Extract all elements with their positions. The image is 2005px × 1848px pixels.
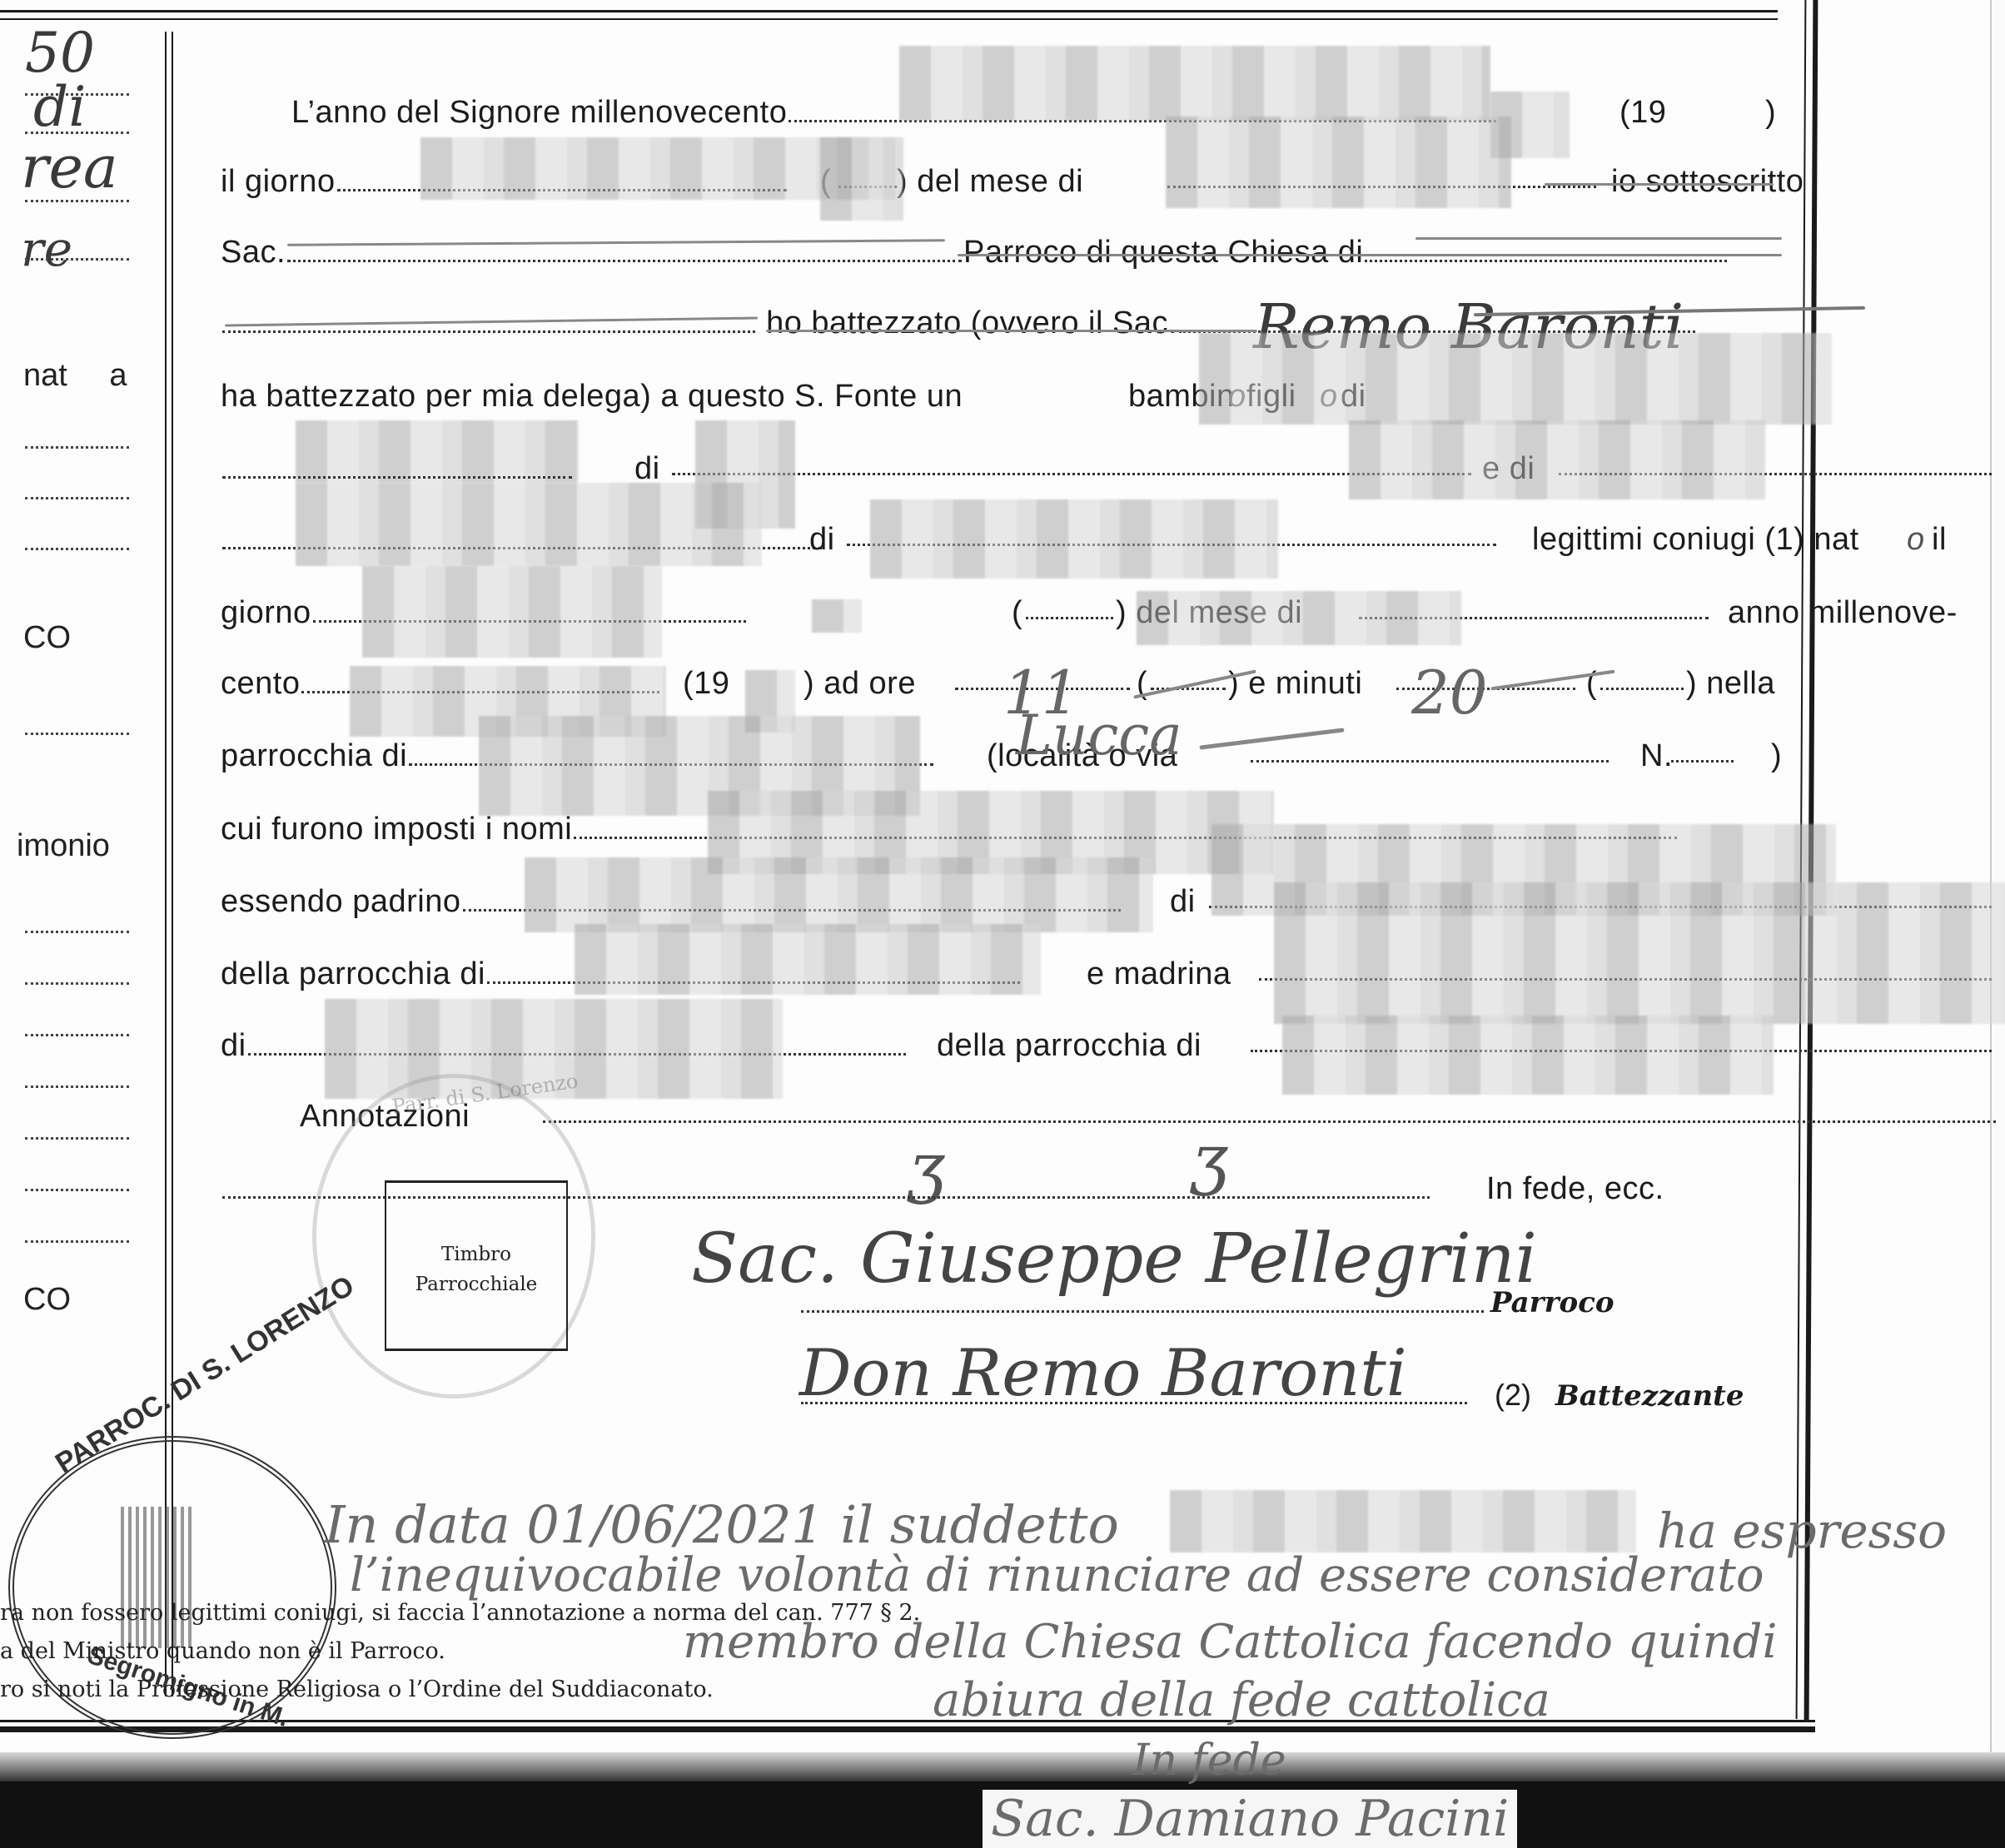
handwritten-minutes: 20: [1411, 658, 1488, 728]
footnote-3: ro si noti la Professione Religiosa o l’…: [0, 1677, 714, 1702]
annotation-line-3: membro della Chiesa Cattolica facendo qu…: [683, 1615, 1777, 1669]
redacted-month: [1166, 117, 1511, 208]
parroco-signature-line[interactable]: [801, 1307, 1484, 1313]
handwritten-locality: Lucca: [1016, 703, 1182, 768]
parroco-label: Parroco: [1490, 1286, 1614, 1319]
margin-handwritten-2: di: [33, 75, 86, 139]
form-line-parish-birth: parrocchia di (località o via N. ): [221, 737, 1778, 775]
margin-label-co: CO: [23, 620, 71, 656]
margin-dots: [25, 931, 129, 933]
redacted-birth-day-num: [812, 599, 862, 633]
margin-dots: [25, 982, 129, 985]
margin-dots: [25, 200, 129, 202]
redacted-father: [1199, 333, 1832, 425]
margin-label-imonio: imonio: [17, 828, 110, 864]
annotation-line-1: In data 01/06/2021 il suddetto: [325, 1494, 1119, 1555]
redacted-mother-surname: [296, 483, 762, 566]
redacted-day-num: [820, 137, 903, 221]
margin-handwritten-3: rea: [21, 133, 118, 201]
redacted-mother-origin: [870, 499, 1278, 579]
battezzante-footnote-ref: (2): [1495, 1378, 1531, 1413]
redacted-godmother: [1274, 882, 2005, 1024]
redacted-godfather: [525, 857, 1153, 932]
battezzante-label: Battezzante: [1555, 1379, 1744, 1413]
field-birth-day-num[interactable]: [1026, 594, 1113, 619]
margin-dots: [25, 1137, 129, 1140]
battezzante-signature: Don Remo Baronti: [799, 1336, 1407, 1411]
redacted-birth-day: [362, 566, 662, 658]
annotation-signature: Sac. Damiano Pacini: [983, 1790, 1517, 1848]
parroco-signature: Sac. Giuseppe Pellegrini: [691, 1220, 1537, 1299]
margin-dots: [25, 548, 129, 550]
redacted-godmother-parish: [1282, 1016, 1774, 1095]
annotation-line-4: abiura della fede cattolica: [933, 1673, 1550, 1727]
field-locality[interactable]: [1251, 737, 1609, 763]
field-street-number[interactable]: [1671, 737, 1734, 763]
field-chiesa[interactable]: [1365, 236, 1727, 262]
redacted-annotation-name: [1170, 1490, 1636, 1552]
redacted-godfather-parish: [575, 924, 1041, 995]
margin-dots: [25, 497, 129, 499]
strikethrough: [958, 254, 1782, 256]
seal-emblem-icon: [121, 1507, 196, 1648]
strikethrough: [766, 330, 1257, 332]
margin-dots: [25, 1034, 129, 1036]
footnote-2: a del Ministro quando non è il Parroco.: [0, 1638, 445, 1664]
margin-dots: [25, 446, 129, 449]
margin-dots: [25, 733, 129, 735]
field-minutes-words[interactable]: [1600, 664, 1684, 690]
margin-dots: [25, 258, 129, 261]
margin-dots: [25, 1189, 129, 1191]
top-rule: [0, 10, 1778, 12]
scan-edge-shadow: [0, 1752, 2005, 1786]
top-rule-thin: [0, 18, 1778, 20]
redacted-birth-month: [1137, 591, 1461, 645]
redacted-year-words: [899, 46, 1490, 121]
margin-label-nat: nat a: [23, 358, 127, 394]
margin-handwritten-4: re: [21, 221, 72, 277]
field-annotations[interactable]: [543, 1097, 1996, 1123]
margin-dots: [25, 1240, 129, 1243]
strikethrough: [1545, 183, 1774, 186]
strikethrough: [1415, 237, 1782, 240]
field-father-name[interactable]: [222, 453, 572, 479]
stamp-box: Timbro Parrocchiale: [385, 1180, 568, 1351]
annotation-in-fede: In fede: [1132, 1736, 1286, 1786]
margin-dots: [25, 1085, 129, 1088]
redacted-mother: [1349, 420, 1765, 499]
margin-label-co-2: CO: [23, 1282, 71, 1318]
annotation-line-2: l’inequivocabile volontà di rinunciare a…: [350, 1548, 1764, 1602]
